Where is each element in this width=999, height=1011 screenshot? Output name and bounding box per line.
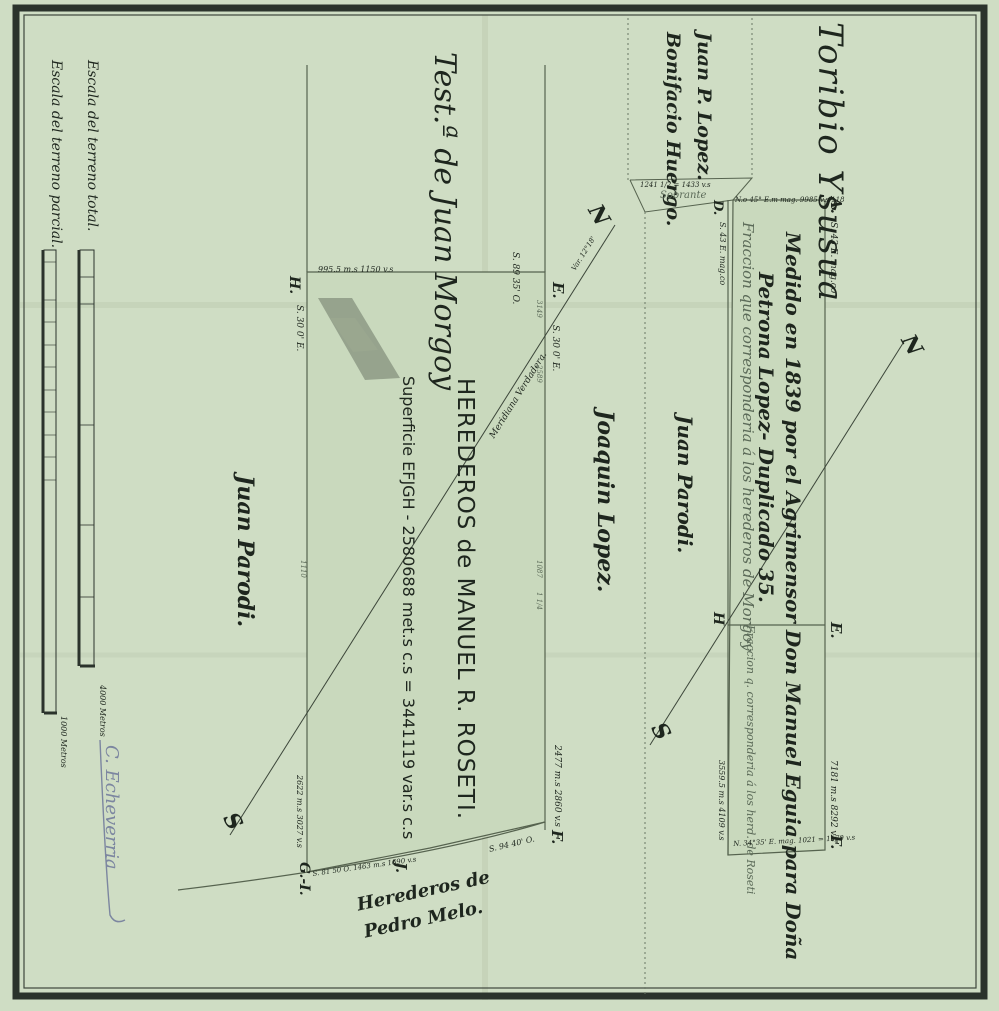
measure-a-bearing: S. 43 E. mag.co — [828, 222, 838, 293]
point-f-bottom: F. — [548, 830, 566, 844]
measure-mid-1: 1087 — [535, 560, 543, 578]
point-e-top: E. — [827, 622, 845, 639]
superficie-text: Superficie EFJGH - 2580688 met.s c.s = 3… — [399, 376, 418, 839]
point-e-mid: E. — [549, 282, 567, 299]
owner-test-juan-morgoy: Test.ª de Juan Morgoy — [427, 52, 462, 390]
scale-total-unit: 4000 Metros — [98, 685, 107, 737]
scale-total-label: Escala del terreno total. — [84, 60, 100, 231]
scale-partial-label: Escala del terreno parcial. — [48, 60, 64, 248]
measure-f-side: 3559.5 m.s 4109 v.s — [717, 760, 726, 840]
measure-g-side: 2622 m.s 3027 v.s — [295, 775, 304, 848]
measure-e-mid3: 2589 — [535, 365, 543, 383]
title-line-1: Medido en 1839 por el Agrimensor Don Man… — [781, 232, 805, 960]
point-h-left: H. — [286, 276, 302, 294]
measure-mid-2: 1 1/4 — [535, 592, 543, 610]
title-line-2: Petrona Lopez- Duplicado 35. — [754, 272, 778, 603]
survey-plat-sheet: Escala del terreno total. Escala del ter… — [0, 0, 999, 1011]
owner-juan-parodi-1: Juan Parodi. — [673, 415, 697, 553]
pencil-signature: C. Echeverria — [101, 745, 122, 870]
point-g-i: G.-I. — [296, 862, 312, 896]
measure-sobrante: 1241 1/2 = 1433 v.s — [640, 181, 711, 189]
measure-e-mid2: S. 30 0' E. — [550, 325, 560, 371]
owner-joaquin-lopez: Joaquin Lopez. — [592, 410, 618, 592]
fraccion-morgoy: Fraccion que corresponderia á los herede… — [739, 222, 757, 651]
measure-f-top: 7181 m.s 8292 v.s — [828, 760, 838, 842]
measure-h-top: 995.5 m.s 1150 v.s — [318, 265, 393, 274]
owner-juan-parodi-2: Juan Parodi. — [232, 475, 258, 627]
measure-d-bearing: S. 43 E. mag.co — [718, 222, 727, 285]
measure-h-bearing: S. 30 0' E. — [294, 305, 304, 351]
fraccion-roseti: Fraccion q. corresponderia á los herd. d… — [744, 625, 757, 894]
scale-partial-unit: 1000 Metros — [59, 716, 68, 768]
measure-a-d: N.o 45° E.m mag. 9985 v.s 118 — [735, 196, 844, 204]
owner-herederos-roseti: HEREDEROS de MANUEL R. ROSETI. — [452, 378, 478, 820]
measure-e-mid: 3149 — [535, 300, 543, 318]
point-h-top: H — [710, 612, 726, 625]
sobrante-label: Sobrante — [660, 190, 706, 201]
measure-f-mid: 2477 m.s 2860 v.s — [552, 745, 562, 827]
measure-e-bearing: S. 89 35' O. — [510, 252, 520, 304]
owner-juan-p-lopez: Juan P. Lopez. — [693, 32, 715, 181]
measure-h-mid: 1110 — [299, 560, 307, 578]
point-d: D. — [710, 200, 725, 215]
